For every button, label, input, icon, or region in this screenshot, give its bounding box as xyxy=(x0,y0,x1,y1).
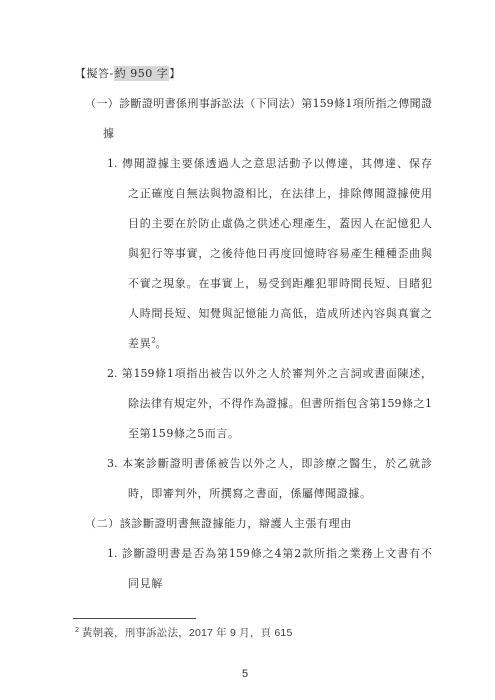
text-line: 不實之現象。在事實上，易受到距離犯罪時間長短、目睹犯 xyxy=(128,269,432,299)
text-line: 1. 診斷證明書是否為第159條之4第2款所指之業務上文書有不 xyxy=(107,539,432,569)
text-line: 3. 本案診斷證明書係被告以外之人，即診療之醫生，於乙就診 xyxy=(107,449,432,479)
answer-title-suffix: 】 xyxy=(169,67,181,80)
answer-title-prefix: 【擬答- xyxy=(75,67,114,80)
text-line: 1. 傳聞證據主要係透過人之意思活動予以傳達，其傳達、保存 xyxy=(107,149,432,179)
footnote-marker: 2 xyxy=(75,627,79,634)
text-line: 2. 第159條1項指出被告以外之人於審判外之言詞或書面陳述， xyxy=(107,359,432,389)
document-body: （一）診斷證明書係刑事訴訟法（下同法）第159條1項所指之傳聞證據1. 傳聞證據… xyxy=(0,89,495,599)
text-line: 同見解 xyxy=(128,569,495,599)
text-line: 除法律有規定外，不得作為證據。但書所指包含第159條之1 xyxy=(128,389,432,419)
footnote-separator xyxy=(73,618,196,619)
text-line: 時，即審判外，所撰寫之書面，係屬傳聞證據。 xyxy=(128,479,495,509)
text-line: 據 xyxy=(103,119,495,149)
text-line: 差異2。 xyxy=(128,329,495,359)
text-line: （一）診斷證明書係刑事訴訟法（下同法）第159條1項所指之傳聞證 xyxy=(85,89,432,119)
highlighted-word-count: 約 950 字 xyxy=(114,66,170,81)
footnote-text: 黃朝義，刑事訴訟法，2017 年 9 月，頁 615 xyxy=(82,627,293,639)
page-number: 5 xyxy=(242,668,248,680)
footnote: 2黃朝義，刑事訴訟法，2017 年 9 月，頁 615 xyxy=(75,625,495,640)
text-line: 之正確度自無法與物證相比，在法律上，排除傳聞證據使用 xyxy=(128,179,432,209)
text-line: （二）該診斷證明書無證據能力，辯護人主張有理由 xyxy=(85,509,495,539)
text-line: 至第159條之5而言。 xyxy=(128,419,495,449)
answer-title: 【擬答-約 950 字】 xyxy=(75,59,495,89)
document-page: 【擬答-約 950 字】 （一）診斷證明書係刑事訴訟法（下同法）第159條1項所… xyxy=(0,0,495,700)
text-line: 目的主要在於防止虛偽之供述心理產生，蓋因人在記憶犯人 xyxy=(128,209,432,239)
text-line: 與犯行等事實，之後待他日再度回憶時容易產生種種歪曲與 xyxy=(128,239,432,269)
text-line: 人時間長短、知覺與記憶能力高低，造成所述內容與真實之 xyxy=(128,299,432,329)
